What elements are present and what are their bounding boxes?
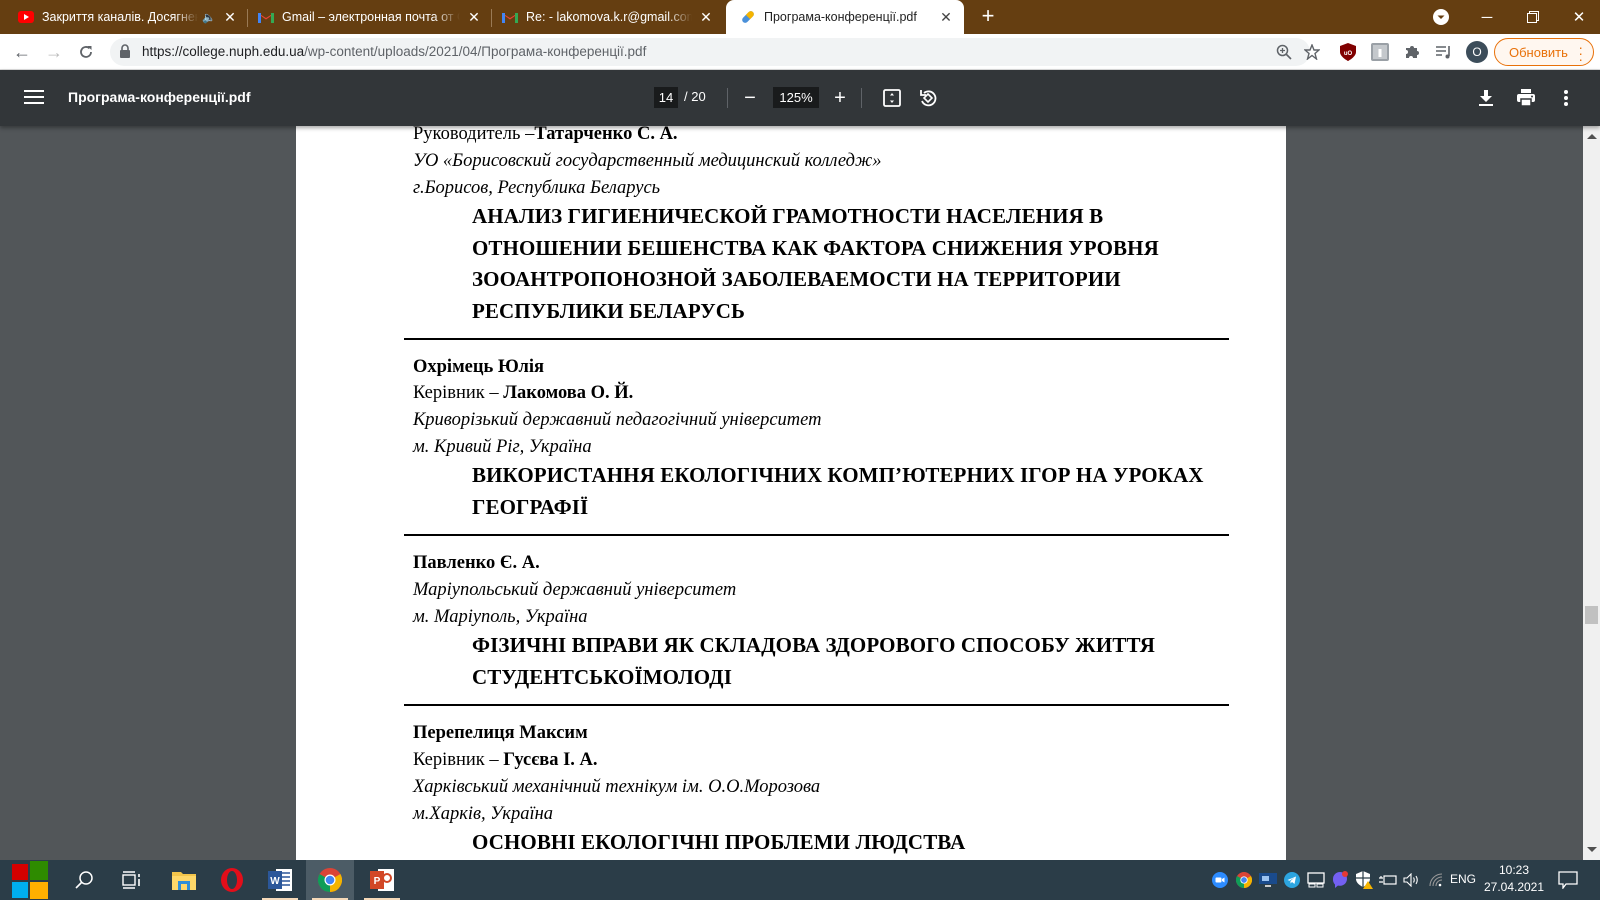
- toolbar-divider: [861, 88, 862, 108]
- scroll-up-arrow[interactable]: [1587, 134, 1597, 139]
- close-window-button[interactable]: ✕: [1556, 0, 1600, 34]
- author-name: Перепелиця Максим: [413, 723, 588, 744]
- talk-title: АНАЛИЗ ГИГИЕНИЧЕСКОЙ ГРАМОТНОСТИ НАСЕЛЕН…: [472, 204, 1103, 229]
- profile-avatar[interactable]: O: [1466, 41, 1488, 63]
- windows-taskbar: W P ENG 10:23 27.04.2021: [0, 860, 1600, 900]
- url-text[interactable]: https://college.nuph.edu.ua/wp-content/u…: [142, 44, 646, 59]
- svg-text:P: P: [374, 876, 381, 887]
- tray-telegram-icon[interactable]: [1282, 870, 1302, 890]
- gmail-icon: [502, 9, 518, 25]
- tray-viber-icon[interactable]: [1330, 870, 1350, 890]
- action-center-icon[interactable]: [1556, 870, 1580, 890]
- reload-icon: [78, 44, 94, 60]
- tab-title: Re: - lakomova.k.r@gmail.com - Gmail: [526, 10, 692, 24]
- fit-to-page-button[interactable]: [880, 86, 904, 110]
- new-tab-button[interactable]: +: [976, 5, 1000, 29]
- talk-title: ОТНОШЕНИИ БЕШЕНСТВА КАК ФАКТОРА СНИЖЕНИЯ…: [472, 236, 1159, 261]
- print-button[interactable]: [1514, 86, 1538, 110]
- tray-tablet-icon[interactable]: [1306, 870, 1326, 890]
- supervisor-line: Руководитель –Татарченко С. А.: [413, 126, 678, 145]
- print-icon: [1516, 89, 1536, 107]
- taskbar-powerpoint[interactable]: P: [358, 860, 406, 900]
- tab-strip: Закриття каналів. Досягнення 🔈 ✕ Gmail –…: [0, 0, 1600, 34]
- lock-icon: [120, 44, 130, 58]
- pill-icon: [740, 9, 756, 25]
- search-button[interactable]: [60, 860, 108, 900]
- reload-button[interactable]: [74, 40, 98, 64]
- institution-line: Харківський механічний технікум ім. О.О.…: [413, 777, 820, 798]
- pdf-page: Руководитель –Татарченко С. А. УО «Борис…: [296, 126, 1286, 860]
- tab-pdf-active[interactable]: Програма-конференції.pdf ✕: [726, 0, 964, 34]
- address-bar-row: ← → https://college.nuph.edu.ua/wp-conte…: [0, 34, 1600, 70]
- tab-title: Gmail – электронная почта от Google: [282, 10, 460, 24]
- rotate-button[interactable]: [916, 86, 940, 110]
- task-view-icon: [122, 871, 142, 889]
- system-clock[interactable]: 10:23 27.04.2021: [1482, 862, 1546, 896]
- task-view-button[interactable]: [108, 860, 156, 900]
- divider-rule: [404, 338, 1229, 340]
- tray-zoom-icon[interactable]: [1210, 870, 1230, 890]
- taskbar-chrome[interactable]: [306, 860, 354, 900]
- back-button[interactable]: ←: [10, 40, 34, 64]
- minimize-button[interactable]: ─: [1464, 0, 1510, 34]
- gmail-icon: [258, 9, 274, 25]
- more-options-button[interactable]: [1554, 86, 1578, 110]
- author-name: Охрімець Юлія: [413, 357, 544, 378]
- city-line: м.Харків, Україна: [413, 804, 553, 825]
- omnibox[interactable]: https://college.nuph.edu.ua/wp-content/u…: [110, 38, 1310, 66]
- tray-defender-warning-icon[interactable]: [1354, 870, 1374, 890]
- supervisor-line: Керівник – Лакомова О. Й.: [413, 383, 633, 404]
- forward-button[interactable]: →: [42, 40, 66, 64]
- tray-chrome-icon[interactable]: [1234, 870, 1254, 890]
- search-icon: [74, 870, 94, 890]
- pdf-toolbar: Програма-конференції.pdf 14 / 20 − 125% …: [0, 70, 1600, 126]
- extensions-puzzle-icon[interactable]: [1402, 42, 1422, 62]
- scrollbar-thumb[interactable]: [1585, 606, 1598, 624]
- talk-title: ВИКОРИСТАННЯ ЕКОЛОГІЧНИХ КОМП’ЮТЕРНИХ ІГ…: [472, 463, 1204, 488]
- svg-text:uO: uO: [1344, 51, 1353, 57]
- city-line: м. Маріуполь, Україна: [413, 607, 588, 628]
- zoom-level-input[interactable]: 125%: [773, 87, 819, 108]
- kebab-menu-icon[interactable]: ···: [1578, 44, 1583, 62]
- svg-text:W: W: [270, 876, 280, 887]
- kebab-menu-icon: [1564, 90, 1568, 106]
- supervisor-line: Керівник – Гусєва І. А.: [413, 750, 598, 771]
- tab-title: Закриття каналів. Досягнення: [42, 10, 198, 24]
- update-browser-button[interactable]: Обновить ···: [1494, 38, 1594, 66]
- tray-volume-icon[interactable]: [1402, 870, 1422, 890]
- city-line: м. Кривий Ріг, Україна: [413, 437, 592, 458]
- tab-gmail-re[interactable]: Re: - lakomova.k.r@gmail.com - Gmail ✕: [492, 0, 724, 34]
- ublock-icon[interactable]: uO: [1338, 42, 1358, 62]
- restore-icon: [1527, 11, 1539, 23]
- fit-page-icon: [883, 89, 901, 107]
- page-number-input[interactable]: 14: [654, 87, 678, 108]
- start-button[interactable]: [6, 860, 54, 900]
- taskbar-file-explorer[interactable]: [160, 860, 208, 900]
- page-total: / 20: [684, 89, 706, 104]
- document-title: Програма-конференції.pdf: [68, 89, 251, 105]
- pdf-viewer[interactable]: Руководитель –Татарченко С. А. УО «Борис…: [0, 126, 1583, 860]
- talk-title: РЕСПУБЛИКИ БЕЛАРУСЬ: [472, 299, 745, 324]
- download-button[interactable]: [1474, 86, 1498, 110]
- talk-title: СТУДЕНТСЬКОЇМОЛОДІ: [472, 665, 732, 690]
- powerpoint-icon: P: [370, 868, 394, 892]
- tab-search-button[interactable]: [1418, 0, 1464, 34]
- youtube-icon: [18, 9, 34, 25]
- tab-youtube[interactable]: Закриття каналів. Досягнення 🔈 ✕: [8, 0, 248, 34]
- zoom-in-button[interactable]: +: [828, 86, 852, 110]
- extension-touch-icon[interactable]: [1370, 42, 1390, 62]
- tab-title: Програма-конференції.pdf: [764, 10, 932, 24]
- chrome-icon: [318, 868, 342, 892]
- city-line: г.Борисов, Республика Беларусь: [413, 178, 660, 199]
- bookmark-star-icon[interactable]: [1302, 42, 1322, 62]
- divider-rule: [404, 704, 1229, 706]
- taskbar-word[interactable]: W: [256, 860, 304, 900]
- restore-button[interactable]: [1510, 0, 1556, 34]
- toolbar-divider: [727, 88, 728, 108]
- tab-gmail[interactable]: Gmail – электронная почта от Google ✕: [248, 0, 492, 34]
- institution-line: УО «Борисовский государственный медицинс…: [413, 151, 882, 172]
- tray-wifi-icon[interactable]: [1426, 870, 1446, 890]
- vertical-scrollbar[interactable]: [1583, 126, 1600, 860]
- close-tab-icon[interactable]: ✕: [938, 9, 954, 26]
- talk-title: ЗООАНТРОПОНОЗНОЙ ЗАБОЛЕВАЕМОСТИ НА ТЕРРИ…: [472, 267, 1121, 292]
- zoom-out-button[interactable]: −: [738, 86, 762, 110]
- folder-icon: [172, 870, 196, 890]
- chevron-down-circle-icon: [1433, 9, 1449, 25]
- author-name: Павленко Є. А.: [413, 553, 540, 574]
- divider-rule: [404, 534, 1229, 536]
- word-icon: W: [268, 868, 292, 892]
- institution-line: Маріупольський державний університет: [413, 580, 736, 601]
- tray-power-icon[interactable]: [1378, 870, 1398, 890]
- zoom-indicator-icon[interactable]: [1274, 42, 1294, 62]
- download-icon: [1478, 89, 1494, 107]
- rotate-ccw-icon: [918, 88, 938, 108]
- scroll-down-arrow[interactable]: [1587, 847, 1597, 852]
- media-queue-icon[interactable]: [1434, 42, 1454, 62]
- windows-logo-icon: [12, 861, 48, 899]
- close-tab-icon[interactable]: ✕: [698, 9, 714, 26]
- talk-title: ФІЗИЧНІ ВПРАВИ ЯК СКЛАДОВА ЗДОРОВОГО СПО…: [472, 633, 1155, 658]
- institution-line: Криворізький державний педагогічний унів…: [413, 410, 822, 431]
- talk-title: ГЕОГРАФІЇ: [472, 495, 588, 520]
- sidebar-menu-button[interactable]: [24, 87, 44, 109]
- speaker-muted-icon[interactable]: 🔈: [202, 11, 216, 24]
- close-tab-icon[interactable]: ✕: [222, 9, 238, 26]
- language-indicator[interactable]: ENG: [1450, 872, 1476, 886]
- tray-display-icon[interactable]: [1258, 870, 1278, 890]
- close-tab-icon[interactable]: ✕: [466, 9, 482, 26]
- talk-title: ОСНОВНІ ЕКОЛОГІЧНІ ПРОБЛЕМИ ЛЮДСТВА: [472, 830, 965, 855]
- taskbar-opera[interactable]: [208, 860, 256, 900]
- opera-icon: [221, 868, 243, 892]
